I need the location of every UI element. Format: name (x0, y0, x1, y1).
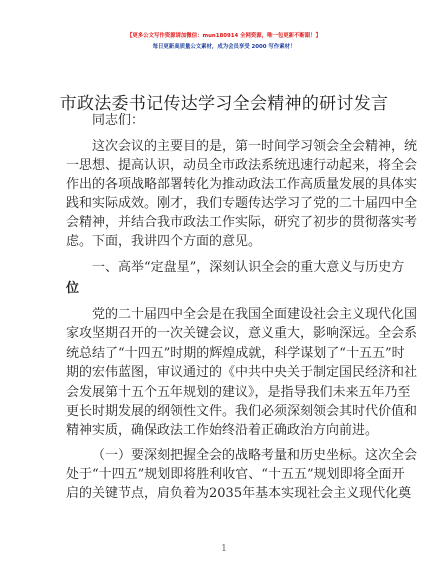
body-line: 期的宏伟蓝图，审议通过的《中共中央关于制定国民经济和社 (66, 365, 382, 381)
salutation: 同志们： (92, 113, 382, 129)
document-page: 【更多公文写作资源请加微信：mun180914 全网资源，唯一包更新不断跟！】 … (0, 0, 448, 580)
body-line: 家攻坚期召开的一次关键会议，意义重大，影响深远。全会系 (66, 326, 382, 342)
body-line: 启的关键节点，肩负着为2035年基本实现社会主义现代化奠 (66, 486, 382, 502)
body-line: 处于“十四五”规划即将胜利收官、“十五五”规划即将全面开 (66, 467, 382, 483)
body-line: 践和实际成效。刚才，我们专题传达学习了党的二十届四中全 (66, 196, 382, 212)
section-heading-1-continued: 位 (66, 281, 382, 297)
body-line: 精神实质，确保政法工作始终沿着正确政治方向前进。 (66, 423, 382, 439)
body-line: 这次会议的主要目的是，第一时间学习领会全会精神，统 (92, 139, 382, 155)
body-line: 会精神，并结合我市政法工作实际，研究了初步的贯彻落实考 (66, 215, 382, 231)
document-title: 市政法委书记传达学习全会精神的研讨发言 (0, 89, 448, 114)
promo-banner-line-2: 每日更新高质量公文素材，成为会员享受 2000 写作素材！ (0, 42, 448, 50)
body-line: 党的二十届四中全会是在我国全面建设社会主义现代化国 (92, 307, 382, 323)
page-number: 1 (0, 544, 448, 554)
body-line: 更长时期发展的纲领性文件。我们必须深刻领会其时代价值和 (66, 404, 382, 420)
body-line: 一思想、提高认识，动员全市政法系统迅速行动起来，将全会 (66, 158, 382, 174)
subsection-heading-1: （一）要深刻把握全会的战略考量和历史坐标。这次全会 (92, 448, 382, 464)
promo-banner-line-1: 【更多公文写作资源请加微信：mun180914 全网资源，唯一包更新不断跟！】 (0, 31, 448, 39)
section-heading-1: 一、高举“定盘星”，深刻认识全会的重大意义与历史方 (92, 260, 382, 276)
body-line: 作出的各项战略部署转化为推动政法工作高质量发展的具体实 (66, 177, 382, 193)
body-line: 虑。下面，我讲四个方面的意见。 (66, 234, 382, 250)
body-line: 统总结了“十四五”时期的辉煌成就，科学谋划了“十五五”时 (66, 346, 382, 362)
body-line: 会发展第十五个五年规划的建议》，是指导我们未来五年乃至 (66, 385, 382, 401)
